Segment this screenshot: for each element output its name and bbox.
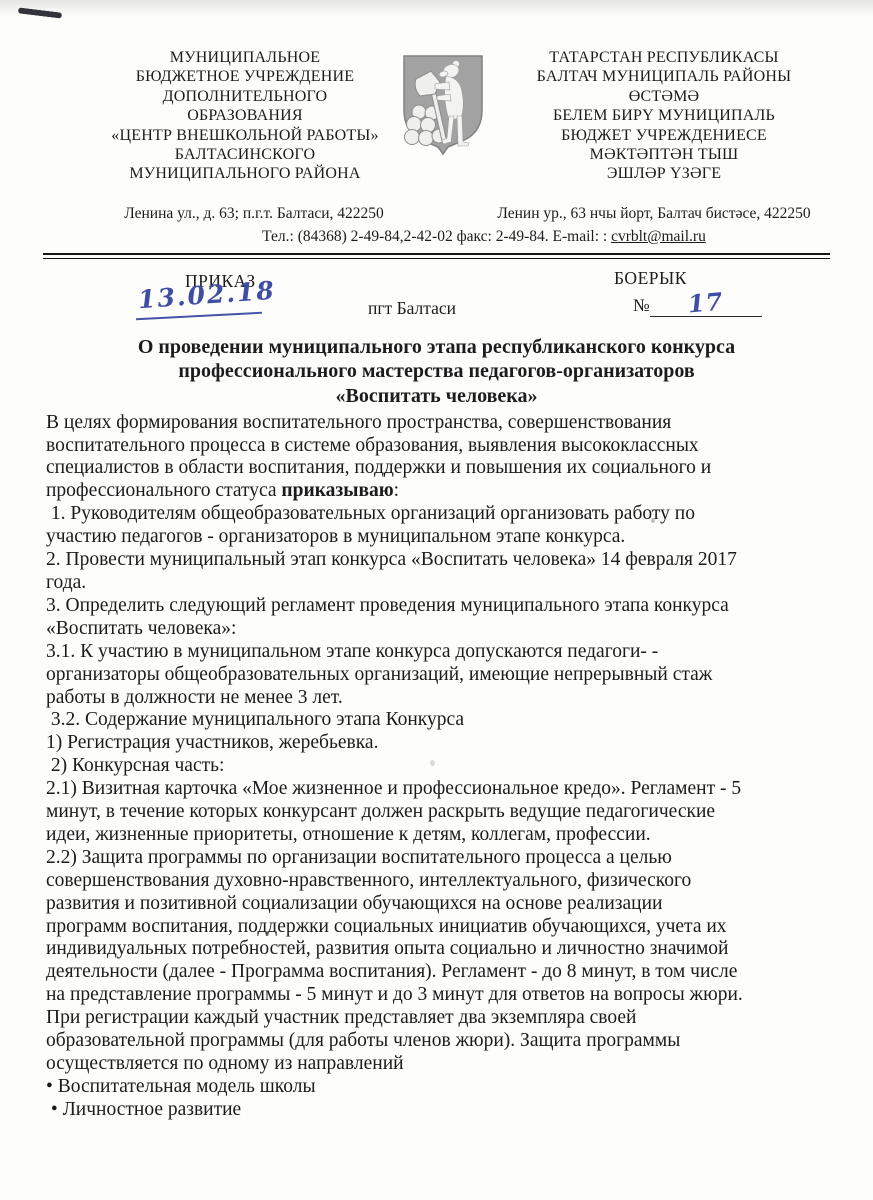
scanned-document-page: МУНИЦИПАЛЬНОЕБЮДЖЕТНОЕ УЧРЕЖДЕНИЕДОПОЛНИ… bbox=[0, 0, 873, 1200]
body-line: 3.1. К участию в муниципальном этапе кон… bbox=[46, 641, 835, 664]
document-title-line: «Воспитать человека» bbox=[0, 384, 873, 409]
address-russian: Ленина ул., д. 63; п.г.т. Балтаси, 42225… bbox=[80, 205, 428, 223]
letterhead-separator-rule bbox=[43, 253, 830, 259]
body-line: 2) Конкурсная часть: bbox=[46, 755, 835, 778]
body-line: образовательной программы (для работы чл… bbox=[46, 1030, 835, 1053]
body-line: 2. Провести муниципальный этап конкурса … bbox=[46, 549, 835, 572]
org-name-line: БЮДЖЕТНОЕ УЧРЕЖДЕНИЕ bbox=[96, 67, 394, 86]
document-title: О проведении муниципального этапа респуб… bbox=[0, 335, 873, 409]
body-line-with-bold: профессионального статуса приказываю: bbox=[46, 480, 835, 503]
body-line: 3.2. Содержание муниципального этапа Кон… bbox=[46, 709, 835, 732]
contact-line: Тел.: (84368) 2-49-84,2-42-02 факс: 2-49… bbox=[0, 228, 873, 246]
order-number-row: №17 bbox=[633, 293, 762, 317]
handwritten-date: 13.02.18 bbox=[137, 277, 261, 314]
org-name-line: МУНИЦИПАЛЬНОЕ bbox=[96, 48, 394, 67]
body-line: на представление программы - 5 минут и д… bbox=[46, 984, 835, 1007]
body-line: идеи, жизненные приоритеты, отношение к … bbox=[46, 824, 835, 847]
number-sign: № bbox=[633, 295, 650, 315]
body-line: 1. Руководителям общеобразовательных орг… bbox=[46, 503, 835, 526]
body-line: года. bbox=[46, 572, 835, 595]
org-name-line: ОБРАЗОВАНИЯ bbox=[96, 106, 394, 125]
org-name-line: ТАТАРСТАН РЕСПУБЛИКАСЫ bbox=[495, 48, 833, 67]
document-title-line: О проведении муниципального этапа респуб… bbox=[0, 335, 873, 360]
address-row: Ленина ул., д. 63; п.г.т. Балтаси, 42225… bbox=[0, 205, 873, 223]
body-line: работы в должности не менее 3 лет. bbox=[46, 687, 835, 710]
body-line: индивидуальных потребностей, развития оп… bbox=[46, 938, 835, 961]
intro-tail-post: : bbox=[394, 480, 399, 501]
scan-speckle bbox=[651, 518, 655, 523]
body-line: осуществляется по одному из направлений bbox=[46, 1053, 835, 1076]
email-text: cvrblt@mail.ru bbox=[611, 228, 706, 245]
intro-paragraph: В целях формирования воспитательного про… bbox=[46, 412, 835, 481]
body-line: минут, в течение которых конкурсант долж… bbox=[46, 801, 835, 824]
body-line: 2.1) Визитная карточка «Мое жизненное и … bbox=[46, 778, 835, 801]
emblem-bear-axe-icon bbox=[399, 52, 487, 156]
body-line: «Воспитать человека»: bbox=[46, 618, 835, 641]
order-label-tatar: БОЕРЫК bbox=[614, 268, 687, 289]
org-name-line: ӨСТӘМӘ bbox=[495, 87, 833, 106]
scan-speckle bbox=[430, 760, 435, 766]
body-line: организаторы общеобразовательных организ… bbox=[46, 664, 835, 687]
body-line: 2.2) Защита программы по организации вос… bbox=[46, 847, 835, 870]
body-line: развития и позитивной социализации обуча… bbox=[46, 893, 835, 916]
org-name-line: ЭШЛӘР ҮЗӘГЕ bbox=[495, 164, 833, 183]
body-line: участию педагогов - организаторов в муни… bbox=[46, 526, 835, 549]
body-line: деятельности (далее - Программа воспитан… bbox=[46, 961, 835, 984]
body-line: специалистов в области воспитания, подде… bbox=[46, 457, 835, 480]
number-underline: 17 bbox=[650, 293, 762, 317]
org-name-line: БЮДЖЕТ УЧРЕЖДЕНИЕСЕ bbox=[495, 126, 833, 145]
body-line: • Воспитательная модель школы bbox=[46, 1076, 835, 1099]
body-line: программ воспитания, поддержки социальны… bbox=[46, 916, 835, 939]
org-name-line: ДОПОЛНИТЕЛЬНОГО bbox=[96, 87, 394, 106]
coat-of-arms bbox=[399, 52, 487, 156]
org-name-line: МУНИЦИПАЛЬНОГО РАЙОНА bbox=[96, 164, 394, 183]
letterhead: МУНИЦИПАЛЬНОЕБЮДЖЕТНОЕ УЧРЕЖДЕНИЕДОПОЛНИ… bbox=[0, 0, 873, 184]
body-line: • Личностное развитие bbox=[46, 1099, 835, 1122]
handwritten-number: 17 bbox=[687, 291, 724, 314]
body-line: При регистрации каждый участник представ… bbox=[46, 1007, 835, 1030]
body-line: В целях формирования воспитательного про… bbox=[46, 412, 835, 435]
body-line: совершенствования духовно-нравственного,… bbox=[46, 870, 835, 893]
org-name-russian: МУНИЦИПАЛЬНОЕБЮДЖЕТНОЕ УЧРЕЖДЕНИЕДОПОЛНИ… bbox=[96, 48, 394, 184]
org-name-tatar: ТАТАРСТАН РЕСПУБЛИКАСЫБАЛТАЧ МУНИЦИПАЛЬ … bbox=[495, 48, 833, 184]
body-line: 1) Регистрация участников, жеребьевка. bbox=[46, 732, 835, 755]
org-name-line: БАЛТАСИНСКОГО bbox=[96, 145, 394, 164]
order-verb-bold: приказываю bbox=[281, 480, 393, 501]
order-items: 1. Руководителям общеобразовательных орг… bbox=[46, 503, 835, 1121]
body-line: воспитательного процесса в системе образ… bbox=[46, 435, 835, 458]
document-title-line: профессионального мастерства педагогов-о… bbox=[0, 359, 873, 384]
body-line: 3. Определить следующий регламент провед… bbox=[46, 595, 835, 618]
org-name-line: МӘКТӘПТӘН ТЫШ bbox=[495, 145, 833, 164]
org-name-line: БАЛТАЧ МУНИЦИПАЛЬ РАЙОНЫ bbox=[495, 67, 833, 86]
intro-tail-pre: профессионального статуса bbox=[46, 480, 281, 501]
phone-fax-text: Тел.: (84368) 2-49-84,2-42-02 факс: 2-49… bbox=[262, 228, 611, 245]
address-tatar: Ленин ур., 63 нчы йорт, Балтач бистәсе, … bbox=[478, 205, 830, 223]
org-name-line: «ЦЕНТР ВНЕШКОЛЬНОЙ РАБОТЫ» bbox=[96, 126, 394, 145]
order-number-section: ПРИКАЗ 13.02.18 пгт Балтаси БОЕРЫК №17 bbox=[0, 265, 873, 327]
place-name: пгт Балтаси bbox=[368, 298, 456, 319]
order-body: В целях формирования воспитательного про… bbox=[46, 412, 835, 1122]
org-name-line: БЕЛЕМ БИРҮ МУНИЦИПАЛЬ bbox=[495, 106, 833, 125]
